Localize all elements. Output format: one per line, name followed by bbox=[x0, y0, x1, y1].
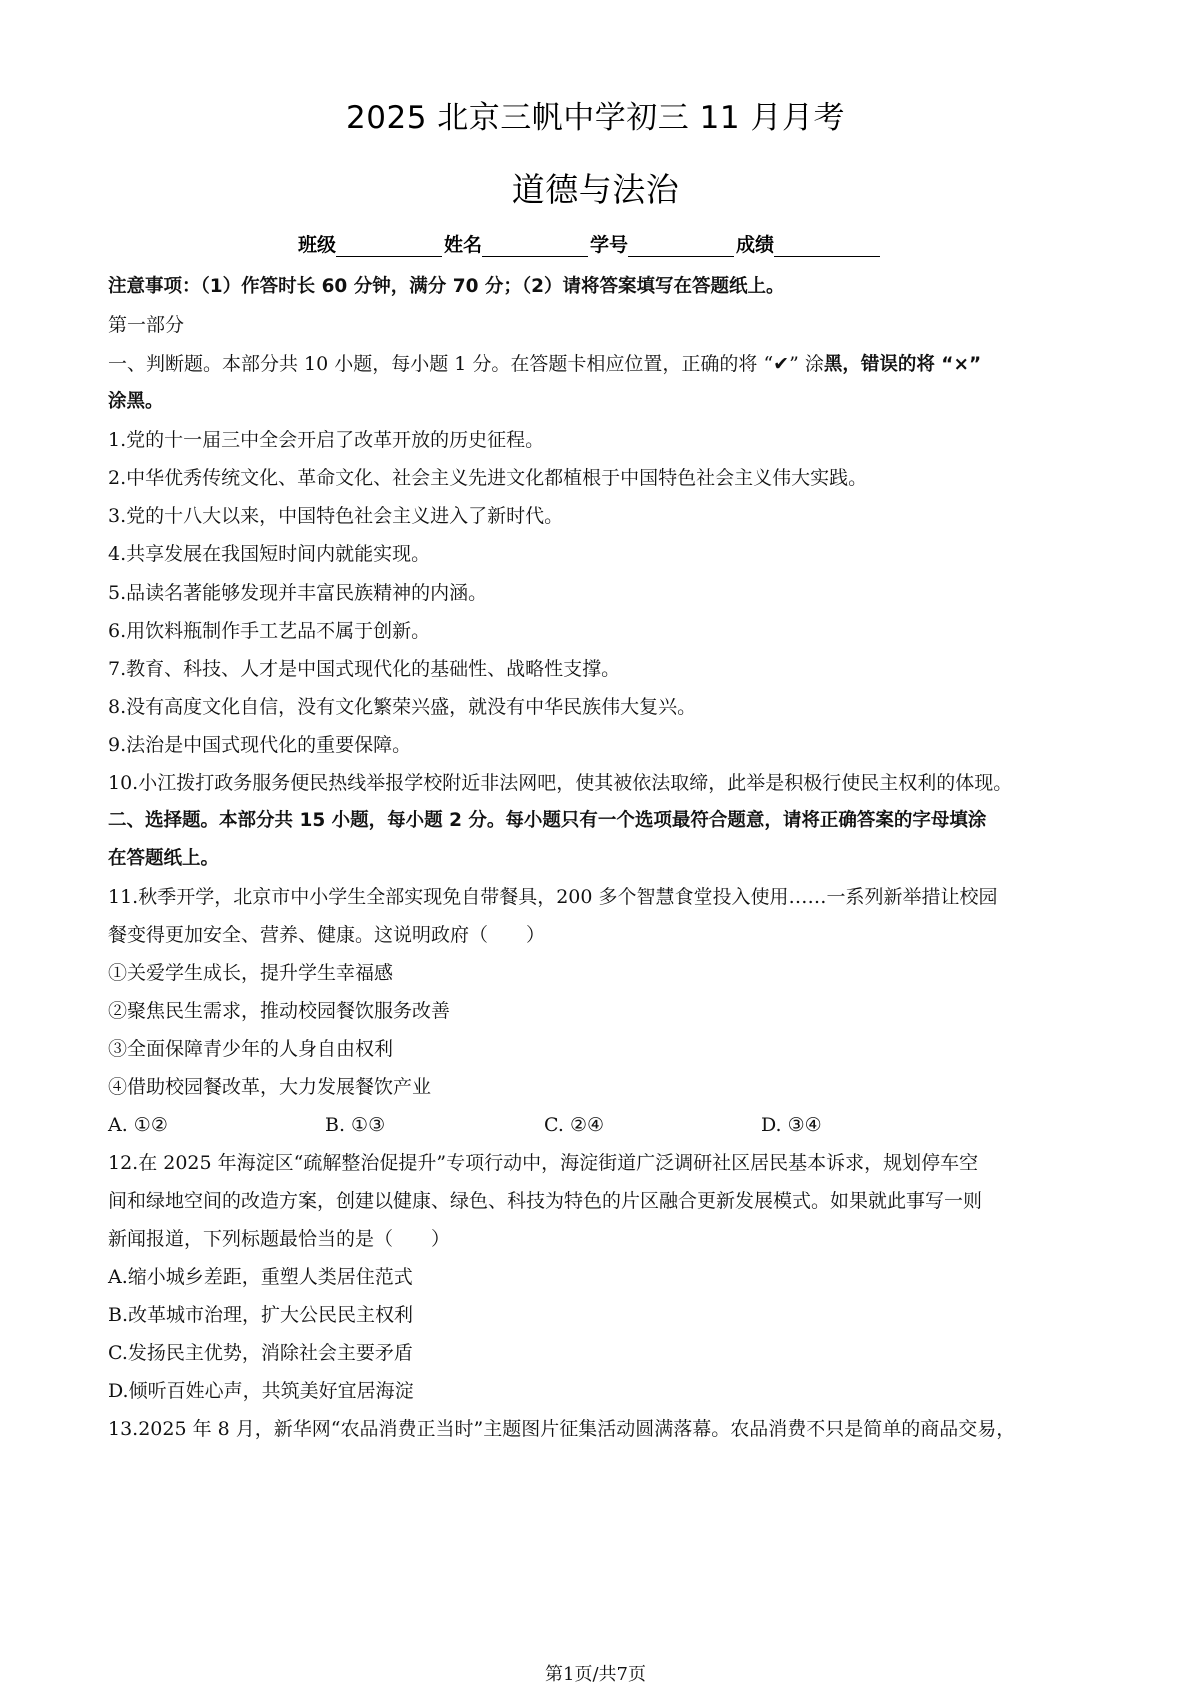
q12-option-b: B.改革城市治理，扩大公民民主权利 bbox=[108, 1303, 413, 1327]
tf-question-1: 1.党的十一届三中全会开启了改革开放的历史征程。 bbox=[108, 428, 544, 452]
q11-statement-2: ②聚焦民生需求，推动校园餐饮服务改善 bbox=[108, 999, 450, 1023]
field-score: 成绩 bbox=[736, 230, 882, 257]
q12-option-d: D.倾听百姓心声，共筑美好宜居海淀 bbox=[108, 1379, 414, 1403]
q11-option-b: B. ①③ bbox=[325, 1113, 385, 1137]
q11-option-d: D. ③④ bbox=[761, 1113, 822, 1137]
q11-stem-line2: 餐变得更加安全、营养、健康。这说明政府（ ） bbox=[108, 923, 545, 947]
exam-title: 2025 北京三帆中学初三 11 月月考 bbox=[0, 92, 1191, 137]
section-one-heading-text: 一、判断题。本部分共 10 小题，每小题 1 分。在答题卡相应位置，正确的将 “… bbox=[108, 353, 824, 375]
q12-option-c: C.发扬民主优势，消除社会主要矛盾 bbox=[108, 1341, 413, 1365]
field-student-id-label: 学号 bbox=[590, 230, 628, 257]
q11-statement-1: ①关爱学生成长，提升学生幸福感 bbox=[108, 961, 393, 985]
tf-question-3: 3.党的十八大以来，中国特色社会主义进入了新时代。 bbox=[108, 504, 563, 528]
tf-question-2: 2.中华优秀传统文化、革命文化、社会主义先进文化都植根于中国特色社会主义伟大实践… bbox=[108, 466, 867, 490]
exam-notice: 注意事项：（1）作答时长 60 分钟，满分 70 分；（2）请将答案填写在答题纸… bbox=[108, 275, 785, 299]
tf-question-5: 5.品读名著能够发现并丰富民族精神的内涵。 bbox=[108, 581, 487, 605]
q11-option-a: A. ①② bbox=[108, 1113, 168, 1137]
field-student-id-blank[interactable] bbox=[628, 238, 734, 257]
field-score-label: 成绩 bbox=[736, 230, 774, 257]
part-one-label: 第一部分 bbox=[108, 313, 184, 337]
q12-option-a: A.缩小城乡差距，重塑人类居住范式 bbox=[108, 1265, 413, 1289]
exam-page: 2025 北京三帆中学初三 11 月月考 道德与法治 班级 姓名 学号 成绩 注… bbox=[0, 0, 1191, 1684]
field-name-label: 姓名 bbox=[444, 230, 482, 257]
q12-stem-line3: 新闻报道，下列标题最恰当的是（ ） bbox=[108, 1227, 450, 1251]
field-class-blank[interactable] bbox=[336, 238, 442, 257]
tf-question-10: 10.小江拨打政务服务便民热线举报学校附近非法网吧，使其被依法取缔，此举是积极行… bbox=[108, 771, 1012, 795]
q11-statement-4: ④借助校园餐改革，大力发展餐饮产业 bbox=[108, 1075, 431, 1099]
q11-option-c: C. ②④ bbox=[544, 1113, 604, 1137]
field-score-blank[interactable] bbox=[774, 238, 880, 257]
tf-question-6: 6.用饮料瓶制作手工艺品不属于创新。 bbox=[108, 619, 430, 643]
page-indicator: 第1页/共7页 bbox=[0, 1660, 1191, 1684]
section-two-heading: 二、选择题。本部分共 15 小题，每小题 2 分。每小题只有一个选项最符合题意，… bbox=[108, 809, 986, 833]
field-class: 班级 bbox=[298, 230, 444, 257]
exam-subject: 道德与法治 bbox=[0, 164, 1191, 211]
tf-question-7: 7.教育、科技、人才是中国式现代化的基础性、战略性支撑。 bbox=[108, 657, 620, 681]
student-info-row: 班级 姓名 学号 成绩 bbox=[298, 230, 882, 257]
tf-question-9: 9.法治是中国式现代化的重要保障。 bbox=[108, 733, 411, 757]
section-one-heading-cont: 涂黑。 bbox=[108, 390, 164, 414]
q11-statement-3: ③全面保障青少年的人身自由权利 bbox=[108, 1037, 393, 1061]
section-one-heading-bold: 黑，错误的将 “×” bbox=[824, 354, 981, 375]
tf-question-8: 8.没有高度文化自信，没有文化繁荣兴盛，就没有中华民族伟大复兴。 bbox=[108, 695, 696, 719]
field-student-id: 学号 bbox=[590, 230, 736, 257]
tf-question-4: 4.共享发展在我国短时间内就能实现。 bbox=[108, 542, 430, 566]
field-class-label: 班级 bbox=[298, 230, 336, 257]
field-name-blank[interactable] bbox=[482, 238, 588, 257]
q12-stem-line2: 间和绿地空间的改造方案，创建以健康、绿色、科技为特色的片区融合更新发展模式。如果… bbox=[108, 1189, 982, 1213]
q13-stem-line1: 13.2025 年 8 月，新华网“农品消费正当时”主题图片征集活动圆满落幕。农… bbox=[108, 1417, 1015, 1441]
section-two-heading-cont: 在答题纸上。 bbox=[108, 847, 219, 871]
section-one-heading: 一、判断题。本部分共 10 小题，每小题 1 分。在答题卡相应位置，正确的将 “… bbox=[108, 352, 981, 377]
q12-stem-line1: 12.在 2025 年海淀区“疏解整治促提升”专项行动中，海淀街道广泛调研社区居… bbox=[108, 1151, 978, 1175]
q11-stem-line1: 11.秋季开学，北京市中小学生全部实现免自带餐具，200 多个智慧食堂投入使用…… bbox=[108, 885, 998, 909]
field-name: 姓名 bbox=[444, 230, 590, 257]
